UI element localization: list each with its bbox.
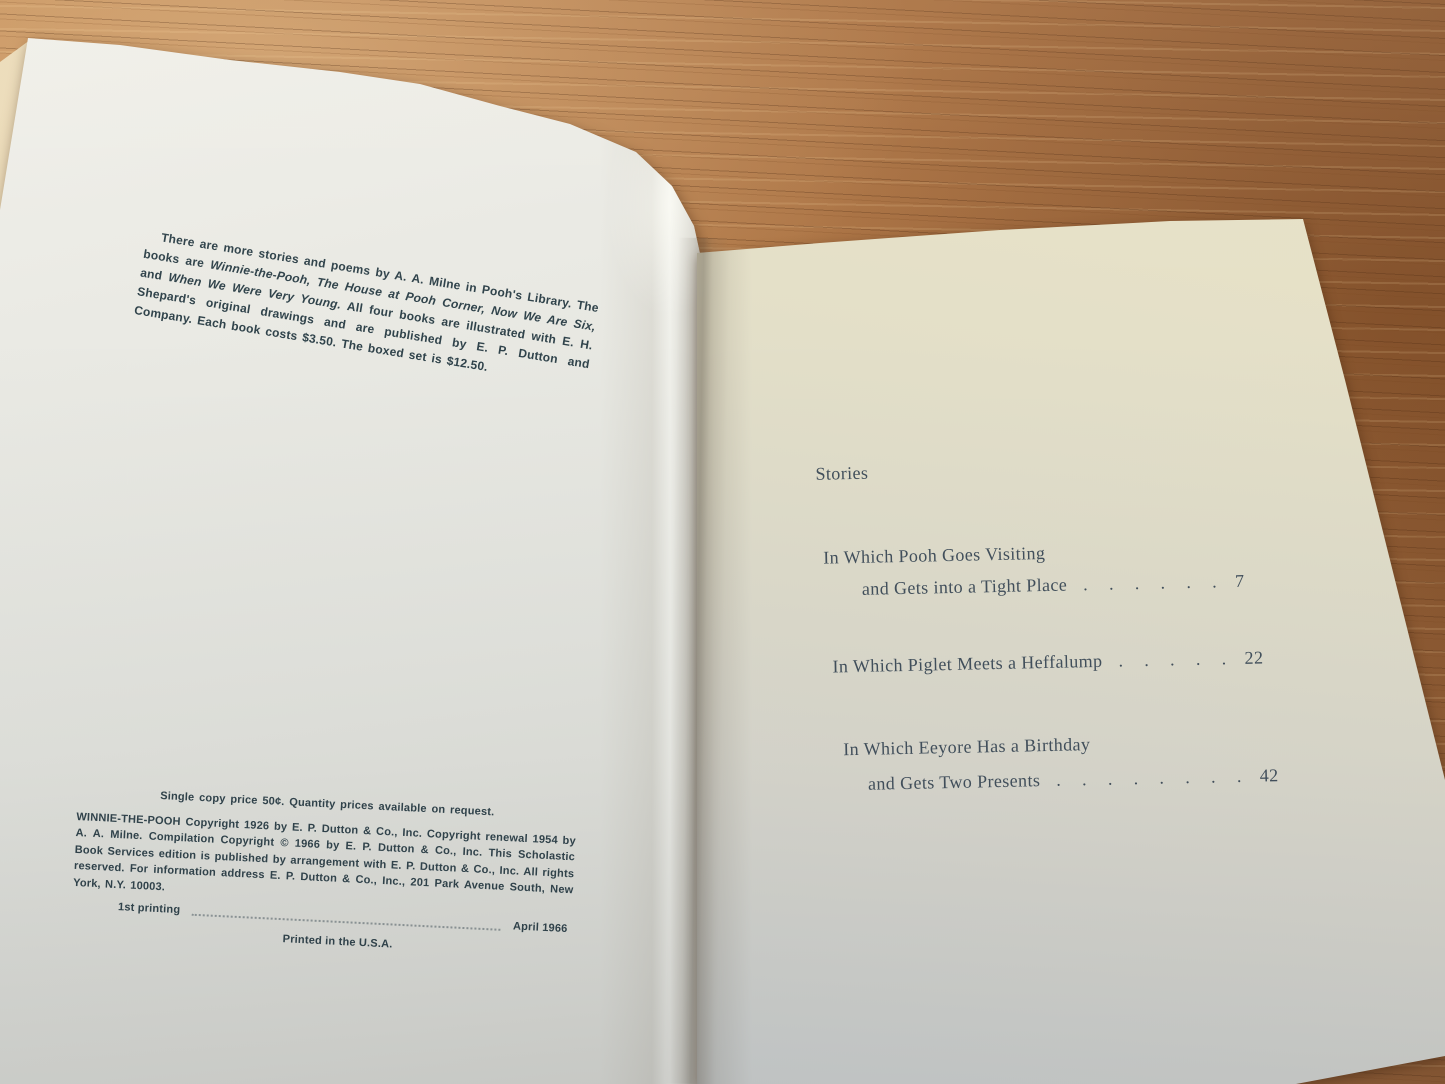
publisher-note-text: and bbox=[139, 265, 169, 283]
toc-heading: Stories bbox=[815, 461, 868, 486]
copyright-text: WINNIE-THE-POOH Copyright 1926 by E. P. … bbox=[73, 808, 576, 915]
toc-entry-subtitle: and Gets Two Presents bbox=[868, 770, 1041, 794]
copyright-block: Single copy price 50¢. Quantity prices a… bbox=[71, 784, 578, 961]
printing-label: 1st printing bbox=[118, 899, 181, 919]
dot-leader: . . . . . . . . bbox=[1056, 766, 1242, 790]
toc-entry-title: In Which Eeyore Has a Birthday bbox=[843, 732, 1091, 761]
toc-entry-line: and Gets into a Tight Place. . . . . .7 bbox=[862, 569, 1245, 601]
toc-entry-line: and Gets Two Presents. . . . . . . .42 bbox=[868, 763, 1279, 796]
toc-page-number: 42 bbox=[1260, 765, 1279, 785]
printing-date: April 1966 bbox=[513, 918, 568, 937]
toc-entry-subtitle: and Gets into a Tight Place bbox=[862, 575, 1068, 599]
table-of-contents: Stories In Which Pooh Goes Visiting and … bbox=[805, 440, 1303, 830]
toc-page-number: 22 bbox=[1244, 647, 1263, 667]
toc-page-number: 7 bbox=[1235, 571, 1245, 591]
dot-leader: . . . . . bbox=[1118, 648, 1227, 670]
toc-entry-line: In Which Piglet Meets a Heffalump. . . .… bbox=[832, 645, 1263, 678]
book-photo: There are more stories and poems by A. A… bbox=[0, 0, 1445, 1084]
toc-entry-title: In Which Piglet Meets a Heffalump bbox=[832, 651, 1102, 677]
toc-entry-title: In Which Pooh Goes Visiting bbox=[823, 541, 1046, 570]
dot-leader: . . . . . . bbox=[1083, 571, 1217, 594]
